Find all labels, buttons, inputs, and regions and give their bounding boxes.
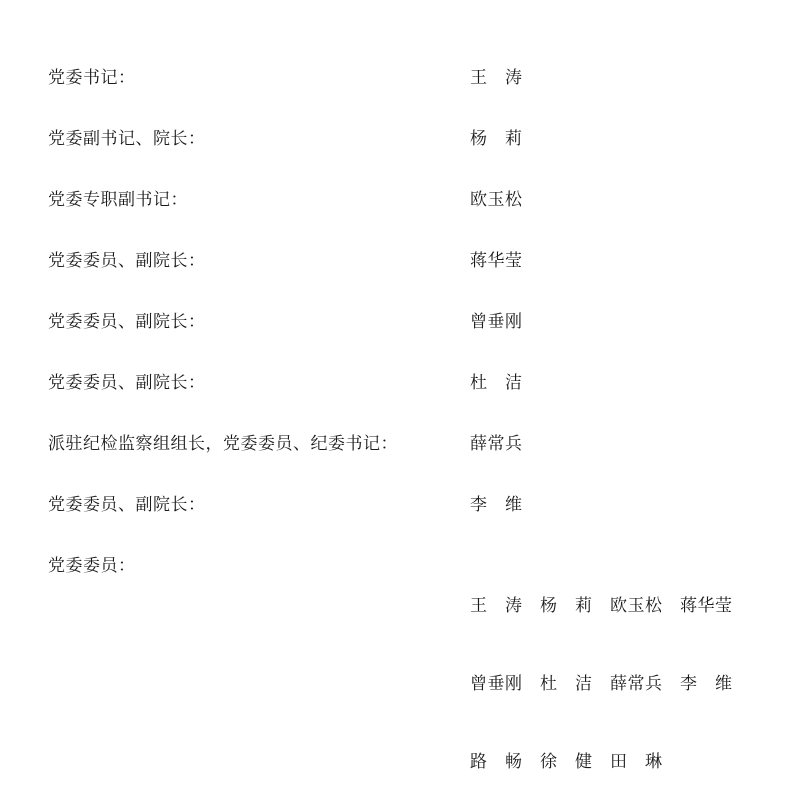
person-name: 杨 莉 <box>470 129 770 149</box>
position-title: 党委专职副书记： <box>48 190 470 210</box>
roster-row: 党委委员： 王 涛 杨 莉 欧玉松 蒋华莹 曾垂刚 杜 洁 薛常兵 李 维 路 … <box>48 556 770 812</box>
leadership-roster-document: 党委书记： 王 涛 党委副书记、院长： 杨 莉 党委专职副书记： 欧玉松 党委委… <box>0 0 800 800</box>
person-name: 杜 洁 <box>470 373 770 393</box>
position-title: 党委委员： <box>48 556 470 576</box>
person-name: 李 维 <box>470 495 770 515</box>
person-name-line: 王 涛 杨 莉 欧玉松 蒋华莹 <box>470 596 770 616</box>
position-title: 派驻纪检监察组组长，党委委员、纪委书记： <box>48 434 470 454</box>
position-title: 党委委员、副院长： <box>48 373 470 393</box>
position-title: 党委副书记、院长： <box>48 129 470 149</box>
person-name-line: 路 畅 徐 健 田 琳 <box>470 752 770 772</box>
roster-row: 党委副书记、院长： 杨 莉 <box>48 129 770 149</box>
position-title: 党委委员、副院长： <box>48 251 470 271</box>
person-name: 欧玉松 <box>470 190 770 210</box>
person-name: 曾垂刚 <box>470 312 770 332</box>
roster-row: 党委书记： 王 涛 <box>48 68 770 88</box>
person-name: 王 涛 <box>470 68 770 88</box>
roster-row: 党委专职副书记： 欧玉松 <box>48 190 770 210</box>
roster-row: 派驻纪检监察组组长，党委委员、纪委书记： 薛常兵 <box>48 434 770 454</box>
roster-row: 党委委员、副院长： 蒋华莹 <box>48 251 770 271</box>
person-name: 薛常兵 <box>470 434 770 454</box>
roster-row: 党委委员、副院长： 杜 洁 <box>48 373 770 393</box>
roster-row: 党委委员、副院长： 李 维 <box>48 495 770 515</box>
position-title: 党委委员、副院长： <box>48 312 470 332</box>
committee-member-names: 王 涛 杨 莉 欧玉松 蒋华莹 曾垂刚 杜 洁 薛常兵 李 维 路 畅 徐 健 … <box>470 556 770 812</box>
person-name-line: 曾垂刚 杜 洁 薛常兵 李 维 <box>470 674 770 694</box>
person-name: 蒋华莹 <box>470 251 770 271</box>
position-title: 党委书记： <box>48 68 470 88</box>
position-title: 党委委员、副院长： <box>48 495 470 515</box>
roster-row: 党委委员、副院长： 曾垂刚 <box>48 312 770 332</box>
